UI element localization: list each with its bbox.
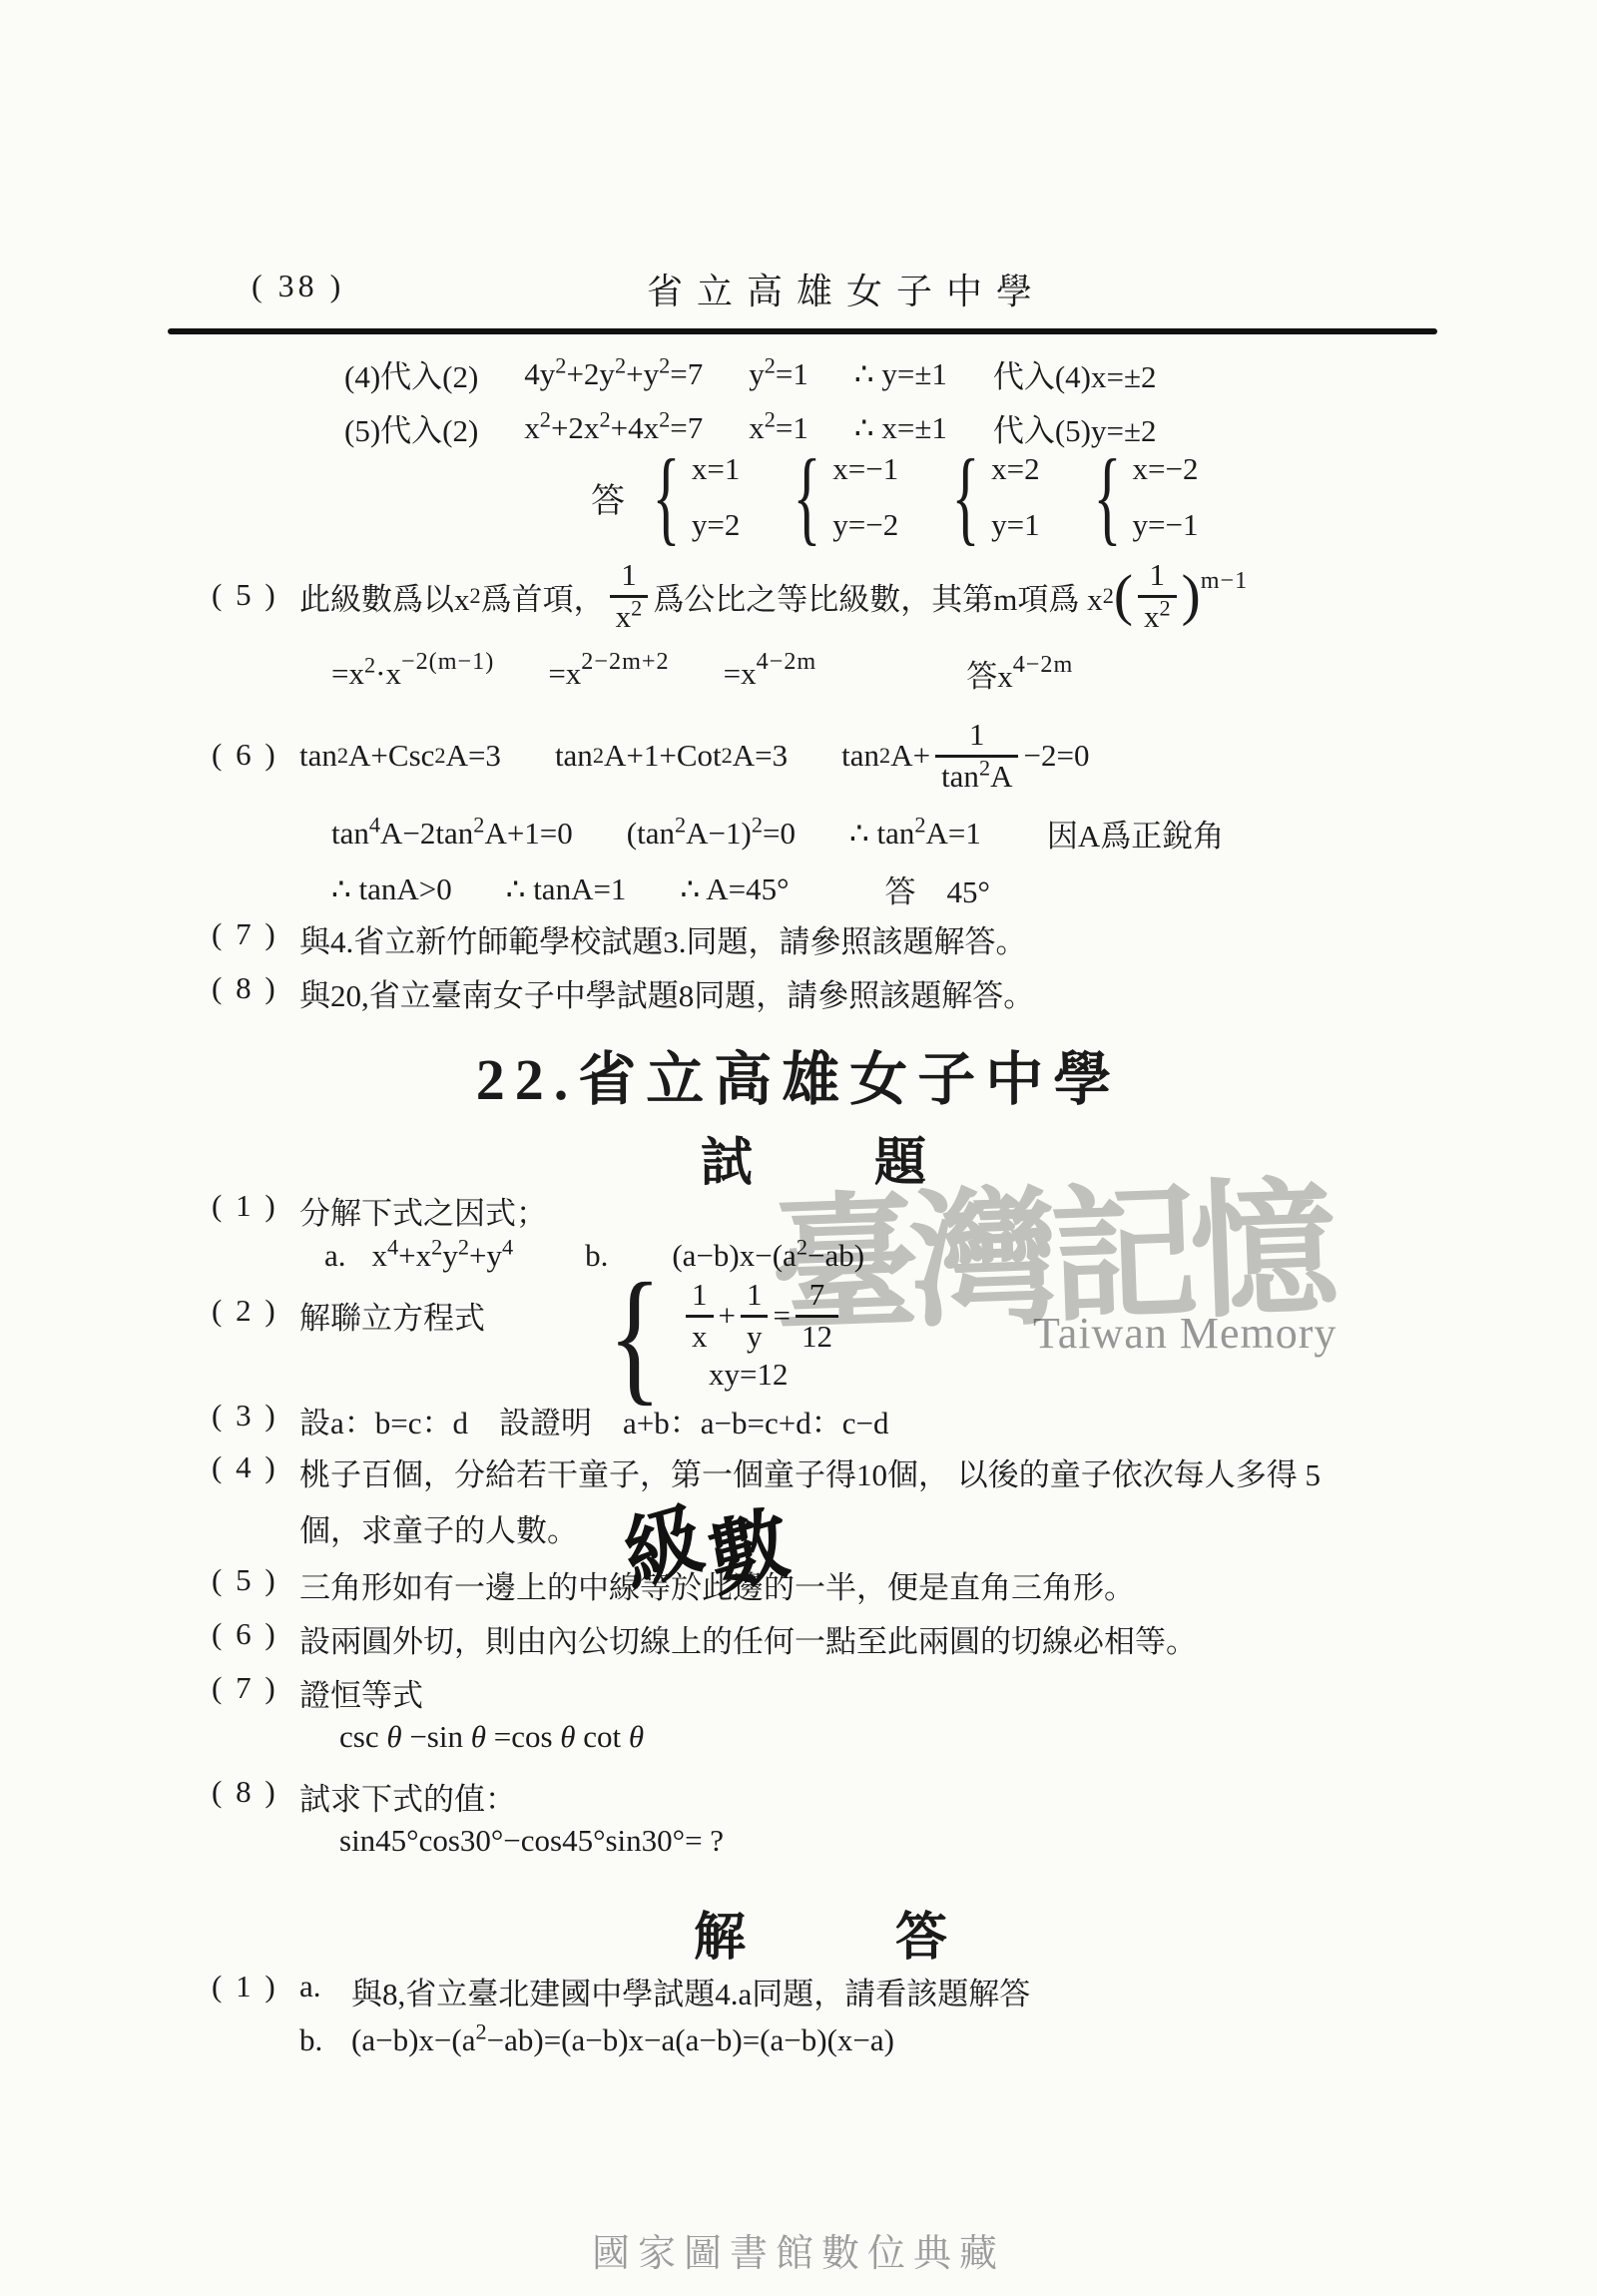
section-title: 22.省立高雄女子中學 — [0, 1032, 1597, 1116]
subpart-a-label: a. — [324, 1238, 346, 1274]
question-6-text: 設兩圓外切，則由內公切線上的任何一點至此兩圓的切線必相等。 — [299, 1616, 1197, 1661]
derivation: =x2·x−2(m−1)=x2−2m+2=x4−2m — [331, 656, 816, 692]
left-brace: { — [794, 452, 821, 542]
system-equation-1: 1x+1y=712 — [681, 1279, 843, 1353]
solution-line-1-term: y2=1 — [749, 356, 808, 392]
question-7-text: 證恒等式 — [299, 1670, 423, 1715]
solution-line-1-term: 4y2+2y2+y2=7 — [524, 356, 703, 392]
system-equation-2: xy=12 — [709, 1357, 843, 1393]
question-8-equation: sin45°cos30°−cos45°sin30°= ? — [339, 1823, 724, 1859]
answer-1a-text: 與8,省立臺北建國中學試題4.a同題，請看該題解答 — [351, 1969, 1030, 2013]
solution-line-1-term: ∴ y=±1 — [854, 356, 947, 392]
derivation: tan4A−2tan2A+1=0(tan2A−1)2=0∴ tan2A=1 — [331, 816, 981, 852]
heading-char: 答 — [895, 1895, 947, 1970]
question-2-system: { 1x+1y=712 xy=12 — [599, 1276, 843, 1396]
heading-char: 試 — [701, 1120, 753, 1195]
answer-1-label: ( 1 ) — [212, 1969, 278, 2005]
solution-line-1-label: (4)代入(2) — [344, 351, 478, 396]
answer-value: 答x4−2m — [966, 651, 1073, 696]
answer-1b-marker: b. — [299, 2022, 322, 2058]
answer-systems-row: 答 { x=1 y=2 { x=−1 y=−2 { x=2 y=1 { — [591, 451, 1198, 543]
question-2-text: 解聯立方程式 — [299, 1293, 485, 1338]
answer-1b-formula: (a−b)x−(a2−ab)=(a−b)x−a(a−b)=(a−b)(x−a) — [351, 2022, 894, 2058]
page-number: ( 38 ) — [252, 268, 344, 304]
system-x: x=1 — [692, 451, 740, 487]
solution-item-6-line-1: tan2A+Csc2A=3tan2A+1+Cot2A=3tan2A+1tan2A… — [299, 719, 1089, 793]
question-3-text: 設a：b=c：d 設證明 a+b：a−b=c+d：c−d — [299, 1398, 888, 1442]
question-3-label: ( 3 ) — [212, 1398, 278, 1434]
left-brace: { — [652, 452, 680, 542]
footer-text: 國家圖書館數位典藏 — [0, 2222, 1597, 2277]
running-title: 省立高雄女子中學 — [647, 264, 1046, 314]
question-1-subparts: a. x4+x2y2+y4 b. (a−b)x−(a2−ab) — [324, 1238, 864, 1274]
answer-system: { x=−1 y=−2 — [782, 451, 898, 543]
question-4-label: ( 4 ) — [212, 1449, 278, 1485]
answer-label: 答 — [591, 473, 625, 522]
solution-line-2-label: (5)代入(2) — [344, 405, 478, 450]
question-1-text: 分解下式之因式； — [299, 1188, 547, 1233]
library-watermark-subtext: Taiwan Memory — [1033, 1308, 1336, 1359]
header-rule — [168, 328, 1437, 334]
system-y: y=2 — [692, 507, 740, 543]
solution-item-7-label: ( 7 ) — [212, 916, 278, 952]
solution-item-6-line-3: ∴ tanA>0∴ tanA=1∴ A=45° 答 45° — [331, 866, 990, 911]
solution-item-6-label: ( 6 ) — [212, 737, 278, 773]
answer-value: 答 45° — [884, 866, 989, 911]
solution-line-2-term: ∴ x=±1 — [854, 410, 947, 446]
answers-heading: 解 答 — [694, 1895, 947, 1970]
solution-line-1-term: 代入(4)x=±2 — [993, 351, 1157, 396]
solution-item-8-label: ( 8 ) — [212, 970, 278, 1006]
question-4-line-1: 桃子百個，分給若干童子，第一個童子得10個， 以後的童子依次每人多得 5 — [299, 1449, 1321, 1494]
answer-system: { x=2 y=1 — [940, 451, 1039, 543]
answer-system: { x=−2 y=−1 — [1082, 451, 1199, 543]
question-6-label: ( 6 ) — [212, 1616, 278, 1652]
subpart-a-formula: x4+x2y2+y4 — [372, 1238, 514, 1274]
derivation: ∴ tanA>0∴ tanA=1∴ A=45° — [331, 871, 789, 907]
question-7-equation: csc θ −sin θ =cos θ cot θ — [339, 1719, 644, 1755]
left-brace: { — [952, 452, 980, 542]
solution-item-5-label: ( 5 ) — [212, 577, 278, 613]
system-y: y=−1 — [1133, 507, 1199, 543]
heading-char: 題 — [874, 1120, 926, 1195]
solution-line-2-term: 代入(5)y=±2 — [993, 405, 1157, 450]
solution-line-1: (4)代入(2) 4y2+2y2+y2=7 y2=1 ∴ y=±1 代入(4)x… — [344, 351, 1157, 396]
left-brace: { — [608, 1276, 662, 1396]
question-1-label: ( 1 ) — [212, 1188, 278, 1224]
answer-system: { x=1 y=2 — [641, 451, 740, 543]
question-8-text: 試求下式的值： — [299, 1774, 516, 1819]
solution-item-5-line-2: =x2·x−2(m−1)=x2−2m+2=x4−2m 答x4−2m — [331, 651, 1073, 696]
answer-1a-marker: a. — [299, 1969, 321, 2005]
solution-item-5-line-1: 此級數爲以x2爲首項，1x2爲公比之等比級數，其第m項爲 x2(1x2)m−1 — [299, 559, 1248, 633]
question-2-label: ( 2 ) — [212, 1293, 278, 1329]
question-4-line-2: 個，求童子的人數。 — [299, 1505, 578, 1550]
solution-item-7-text: 與4.省立新竹師範學校試題3.同題，請參照該題解答。 — [299, 916, 1027, 961]
solution-item-8-text: 與20,省立臺南女子中學試題8同題，請參照該題解答。 — [299, 970, 1034, 1015]
system-y: y=1 — [991, 507, 1039, 543]
heading-char: 解 — [694, 1895, 746, 1970]
solution-line-2: (5)代入(2) x2+2x2+4x2=7 x2=1 ∴ x=±1 代入(5)y… — [344, 405, 1157, 450]
left-brace: { — [1093, 452, 1121, 542]
question-5-label: ( 5 ) — [212, 1562, 278, 1598]
subpart-b-label: b. — [585, 1238, 608, 1274]
question-8-label: ( 8 ) — [212, 1774, 278, 1810]
system-x: x=−2 — [1133, 451, 1199, 487]
solution-item-6-line-2: tan4A−2tan2A+1=0(tan2A−1)2=0∴ tan2A=1 因A… — [331, 811, 1224, 856]
system-x: x=2 — [991, 451, 1039, 487]
condition-note: 因A爲正銳角 — [1047, 811, 1224, 856]
question-7-label: ( 7 ) — [212, 1670, 278, 1706]
scanned-book-page: ( 38 ) 省立高雄女子中學 (4)代入(2) 4y2+2y2+y2=7 y2… — [0, 0, 1597, 2296]
system-x: x=−1 — [832, 451, 898, 487]
exam-questions-heading: 試 題 — [701, 1120, 926, 1195]
system-y: y=−2 — [832, 507, 898, 543]
subpart-b-formula: (a−b)x−(a2−ab) — [672, 1238, 864, 1274]
